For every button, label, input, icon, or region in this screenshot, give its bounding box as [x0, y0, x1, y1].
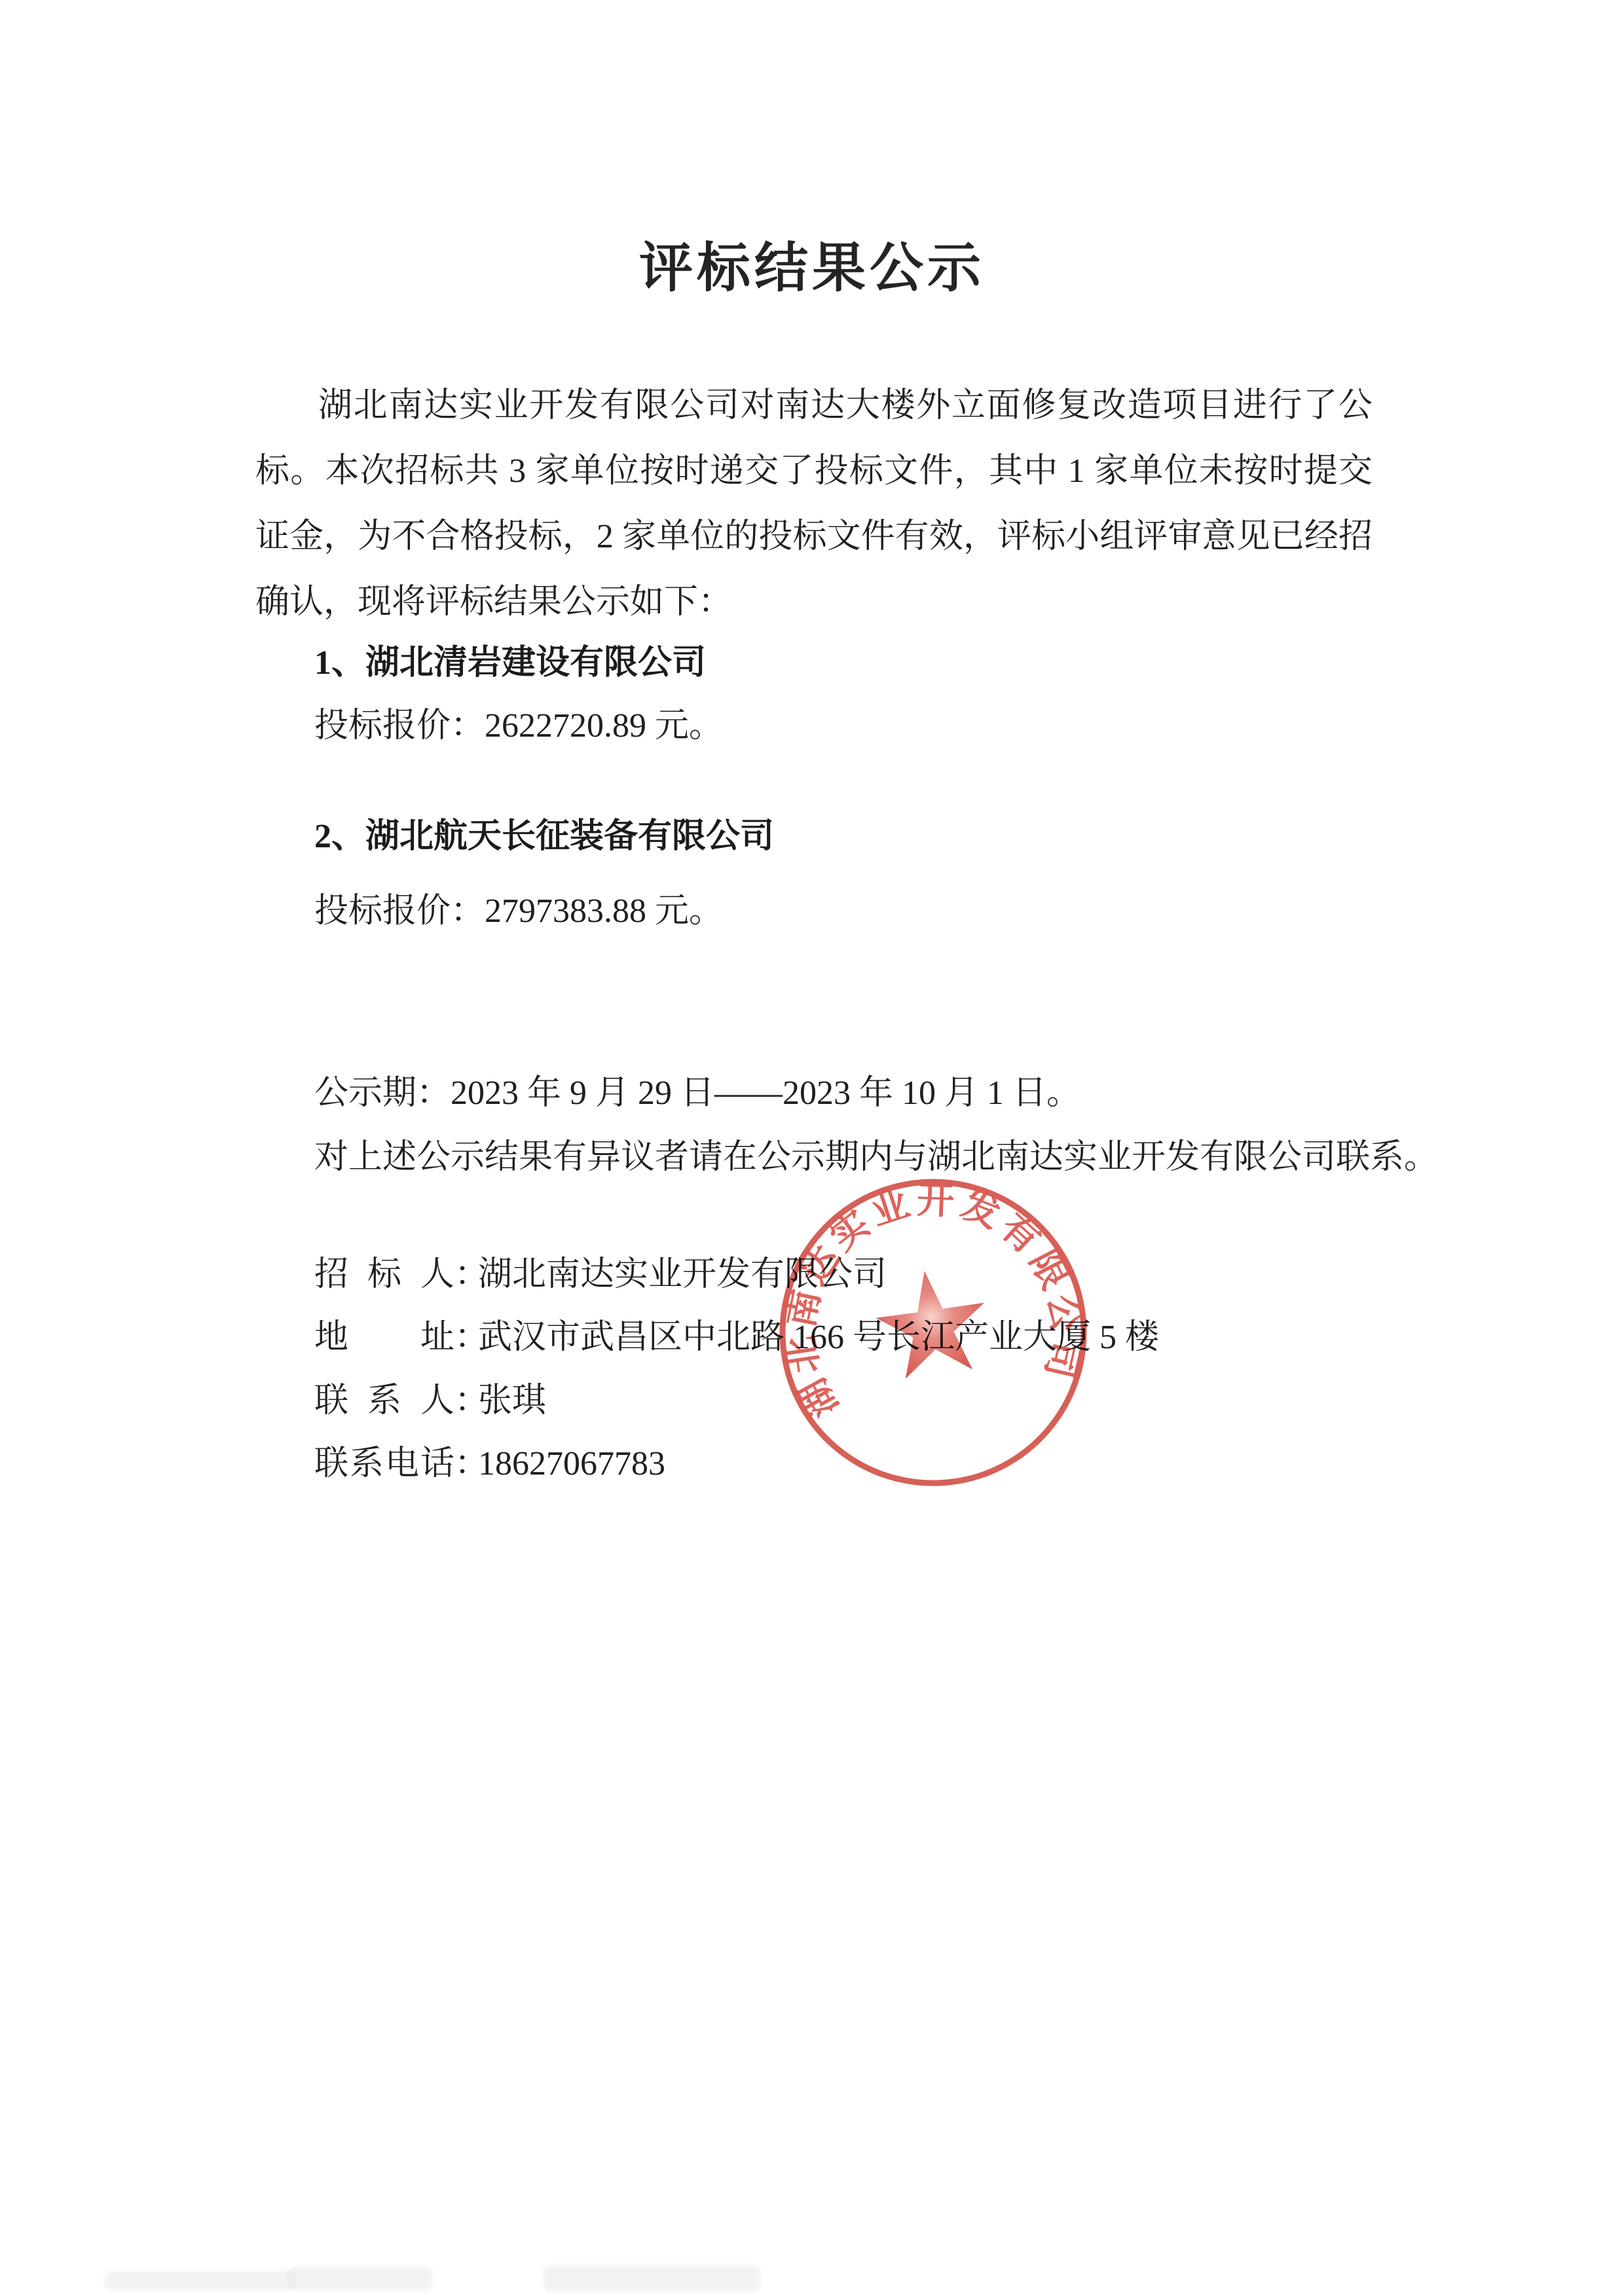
- contact-value: 张琪: [478, 1382, 546, 1420]
- bidder-2-name: 2、湖北航天长征装备有限公司: [314, 818, 774, 856]
- scan-artifact: [105, 2271, 295, 2290]
- bidder-1-price: 投标报价：2622720.89 元。: [314, 707, 723, 745]
- contact-colon: ：: [454, 1256, 478, 1294]
- contact-label: 联系人: [314, 1382, 454, 1420]
- scan-artifact: [288, 2267, 432, 2290]
- seal-star-icon: [870, 1263, 993, 1382]
- paragraph-line: 湖北南达实业开发有限公司对南达大楼外立面修复改造项目进行了公开招: [255, 373, 1373, 439]
- intro-paragraph: 湖北南达实业开发有限公司对南达大楼外立面修复改造项目进行了公开招 标。本次招标共…: [255, 373, 1373, 635]
- objection-notice: 对上述公示结果有异议者请在公示期内与湖北南达实业开发有限公司联系。: [314, 1139, 1438, 1177]
- announcement-document: 评标结果公示 湖北南达实业开发有限公司对南达大楼外立面修复改造项目进行了公开招 …: [0, 0, 1624, 2295]
- contact-colon: ：: [454, 1445, 478, 1483]
- contact-label: 招标人: [314, 1256, 454, 1294]
- contact-colon: ：: [454, 1382, 478, 1420]
- paragraph-line: 标。本次招标共 3 家单位按时递交了投标文件，其中 1 家单位未按时提交投标保: [255, 439, 1373, 504]
- paragraph-line: 确认，现将评标结果公示如下：: [255, 570, 1373, 635]
- contact-value: 18627067783: [478, 1445, 665, 1483]
- contact-label: 地址: [314, 1319, 454, 1357]
- contact-row-phone: 联系电话：18627067783: [314, 1445, 665, 1483]
- scan-artifact: [544, 2266, 760, 2292]
- company-seal-stamp: 湖北南达实业开发有限公司: [754, 1154, 1113, 1512]
- publicity-period: 公示期：2023 年 9 月 29 日——2023 年 10 月 1 日。: [314, 1074, 1080, 1112]
- page-title: 评标结果公示: [0, 230, 1624, 306]
- contact-row-person: 联系人：张琪: [314, 1382, 546, 1420]
- bidder-2-price: 投标报价：2797383.88 元。: [314, 892, 723, 930]
- contact-label: 联系电话: [314, 1445, 454, 1483]
- bidder-1-name: 1、湖北清岩建设有限公司: [314, 644, 706, 682]
- contact-colon: ：: [454, 1319, 478, 1357]
- paragraph-line: 证金，为不合格投标，2 家单位的投标文件有效，评标小组评审意见已经招标人: [255, 504, 1373, 570]
